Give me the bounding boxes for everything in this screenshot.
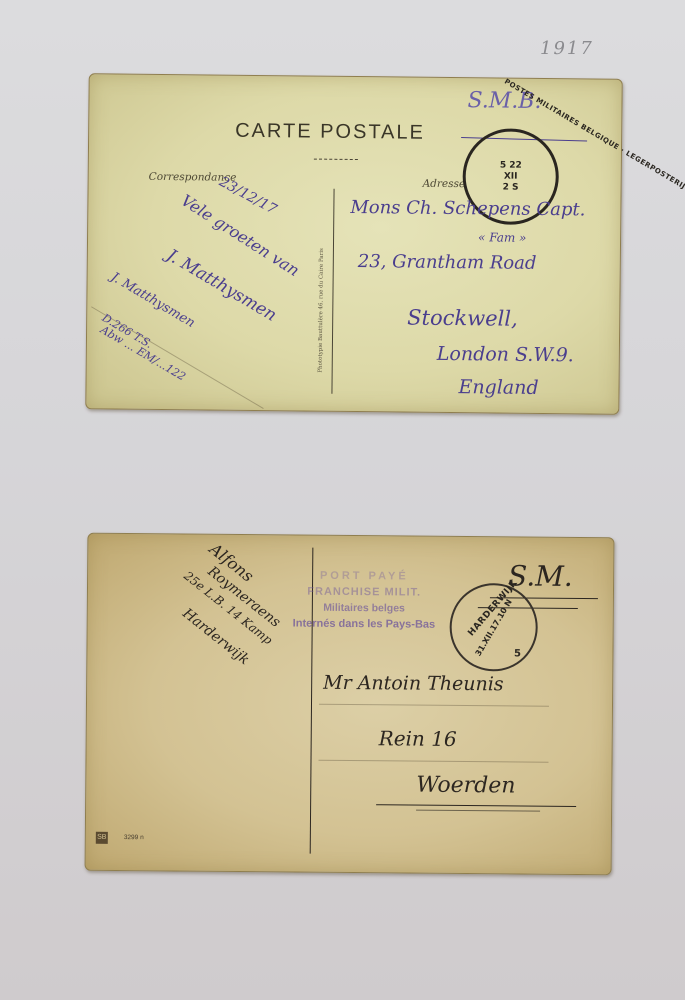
series-number: 3299 n <box>124 834 144 841</box>
postmark-number: 5 <box>500 160 506 170</box>
postmark-code: 5 <box>514 648 522 659</box>
postmark-harderwijk: HARDERWIJK 31.XII.17.10 N 5 <box>449 583 538 672</box>
postmark-date: 5 22 XII 2 S <box>500 160 522 193</box>
address-guide-2 <box>319 760 549 763</box>
postmark-date-1: 22 <box>509 160 522 170</box>
address-line-3: Woerden <box>416 773 515 799</box>
center-divider <box>331 189 334 394</box>
address-line-6: England <box>458 376 538 399</box>
publisher-logo: SB <box>96 832 108 844</box>
postmark-date-2: XII <box>504 171 518 181</box>
postcard-1: CARTE POSTALE Correspondance Adresse Pho… <box>85 73 622 415</box>
message-date: 23/12/17 <box>217 174 280 218</box>
address-underline <box>376 804 576 807</box>
censor-line-2: FRANCHISE MILIT. <box>293 584 436 601</box>
address-line-1: Mr Antoin Theunis <box>323 672 504 696</box>
address-line-2: « Fam » <box>478 230 527 245</box>
printer-imprint: Phototypie Bauttulère 46, rue du Caire P… <box>318 248 325 373</box>
censor-line-4: Internés dans les Pays-Bas <box>293 616 436 633</box>
address-line-5: London S.W.9. <box>437 343 574 366</box>
address-guide-1 <box>319 704 549 707</box>
censor-line-1: PORT PAYÉ <box>293 568 436 585</box>
franking-mark: S.M. <box>508 559 573 593</box>
postmark-ring-text: POSTES MILITAIRES BELGIQUE · LEGERPOSTER… <box>503 77 685 207</box>
address-label: Adresse <box>423 178 466 190</box>
address-line-2: Rein 16 <box>379 726 457 751</box>
printed-title: CARTE POSTALE <box>235 120 425 145</box>
postmark-date-4: S <box>512 182 519 192</box>
address-line-3: 23, Grantham Road <box>358 251 537 274</box>
postmark-date-3: 2 <box>503 182 509 192</box>
postcard-2: PORT PAYÉ FRANCHISE MILIT. Militaires be… <box>85 533 615 876</box>
title-rule <box>314 159 358 161</box>
album-page-year-note: 1917 <box>540 38 594 59</box>
address-line-1: Mons Ch. Schepens Capt. <box>350 197 585 220</box>
censor-stamp: PORT PAYÉ FRANCHISE MILIT. Militaires be… <box>293 568 436 633</box>
censor-line-3: Militaires belges <box>293 600 436 617</box>
address-line-4: Stockwell, <box>407 306 518 331</box>
address-underline-2 <box>416 810 540 812</box>
